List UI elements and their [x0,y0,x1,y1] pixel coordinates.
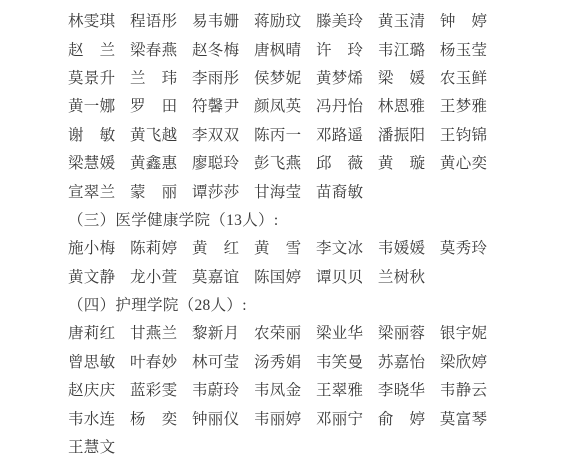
person-name: 邓丽宁 [316,407,363,429]
person-name: 韦笑曼 [316,350,363,372]
person-name: 颜凤英 [254,94,301,116]
person-name: 蒙 丽 [130,180,177,202]
person-name: 唐枫晴 [254,38,301,60]
person-name: 韦水连 [68,407,115,429]
person-name: 韦蔚玲 [192,378,239,400]
person-name: 陈莉婷 [130,236,177,258]
person-name: 甘海莹 [254,180,301,202]
person-name: 潘振阳 [378,123,425,145]
person-name: 林雯琪 [68,9,115,31]
name-row: 韦水连杨 奕钟丽仪韦丽婷邓丽宁俞 婷莫富琴 [68,403,583,431]
person-name: 曾思敏 [68,350,115,372]
person-name: 廖聪玲 [192,151,239,173]
person-name: 黎新月 [192,321,239,343]
name-row: 赵庆庆蓝彩雯韦蔚玲韦凤金王翠雅李晓华韦静云 [68,375,583,403]
document-body: 林雯琪程语彤易韦姗蒋励玟滕美玲黄玉清钟 婷赵 兰梁春燕赵冬梅唐枫晴许 玲韦江璐杨… [68,6,583,456]
person-name: 兰 玮 [130,66,177,88]
person-name: 滕美玲 [316,9,363,31]
person-name: 梁丽蓉 [378,321,425,343]
person-name: 冯丹怡 [316,94,363,116]
person-name: 莫富琴 [440,407,487,429]
person-name: 符馨尹 [192,94,239,116]
person-name: 唐莉红 [68,321,115,343]
section-heading: （三）医学健康学院（13人）: [68,205,583,233]
person-name: 林恩雅 [378,94,425,116]
person-name: 黄鑫惠 [130,151,177,173]
person-name: 莫景升 [68,66,115,88]
person-name: 韦静云 [440,378,487,400]
person-name: 梁慧媛 [68,151,115,173]
person-name: 汤秀娟 [254,350,301,372]
person-name: 梁 媛 [378,66,425,88]
person-name: 李雨彤 [192,66,239,88]
name-row: 施小梅陈莉婷黄 红黄 雪李文冰韦媛媛莫秀玲 [68,233,583,261]
person-name: 龙小萱 [130,265,177,287]
name-row: 黄文静龙小萱莫嘉谊陈国婷谭贝贝兰树秋 [68,262,583,290]
person-name: 杨玉莹 [440,38,487,60]
person-name: 梁春燕 [130,38,177,60]
name-row: 王慧文 [68,432,583,456]
person-name: 黄飞越 [130,123,177,145]
person-name: 韦丽婷 [254,407,301,429]
name-row: 曾思敏叶春妙林可莹汤秀娟韦笑曼苏嘉怡梁欣婷 [68,347,583,375]
person-name: 农荣丽 [254,321,301,343]
person-name: 许 玲 [316,38,363,60]
person-name: 蓝彩雯 [130,378,177,400]
person-name: 莫嘉谊 [192,265,239,287]
person-name: 银宇妮 [440,321,487,343]
person-name: 赵 兰 [68,38,115,60]
person-name: 韦凤金 [254,378,301,400]
person-name: 黄一娜 [68,94,115,116]
person-name: 王慧文 [68,435,115,456]
person-name: 罗 田 [130,94,177,116]
person-name: 黄 雪 [254,236,301,258]
person-name: 兰树秋 [378,265,425,287]
name-row: 梁慧媛黄鑫惠廖聪玲彭飞燕邱 薇黄 璇黄心奕 [68,148,583,176]
person-name: 黄 红 [192,236,239,258]
person-name: 钟 婷 [440,9,487,31]
person-name: 邱 薇 [316,151,363,173]
person-name: 苗裔敏 [316,180,363,202]
person-name: 黄梦烯 [316,66,363,88]
name-row: 黄一娜罗 田符馨尹颜凤英冯丹怡林恩雅王梦雅 [68,91,583,119]
person-name: 梁业华 [316,321,363,343]
name-row: 宣翠兰蒙 丽谭莎莎甘海莹苗裔敏 [68,176,583,204]
name-row: 莫景升兰 玮李雨彤侯梦妮黄梦烯梁 媛农玉鲜 [68,63,583,91]
person-name: 王梦雅 [440,94,487,116]
person-name: 叶春妙 [130,350,177,372]
person-name: 陈丙一 [254,123,301,145]
person-name: 林可莹 [192,350,239,372]
person-name: 甘燕兰 [130,321,177,343]
person-name: 侯梦妮 [254,66,301,88]
person-name: 杨 奕 [130,407,177,429]
person-name: 梁欣婷 [440,350,487,372]
name-row: 唐莉红甘燕兰黎新月农荣丽梁业华梁丽蓉银宇妮 [68,318,583,346]
person-name: 谭贝贝 [316,265,363,287]
person-name: 俞 婷 [378,407,425,429]
person-name: 施小梅 [68,236,115,258]
person-name: 谭莎莎 [192,180,239,202]
person-name: 谢 敏 [68,123,115,145]
person-name: 赵庆庆 [68,378,115,400]
person-name: 钟丽仪 [192,407,239,429]
person-name: 彭飞燕 [254,151,301,173]
person-name: 韦媛媛 [378,236,425,258]
name-row: 林雯琪程语彤易韦姗蒋励玟滕美玲黄玉清钟 婷 [68,6,583,34]
person-name: 黄心奕 [440,151,487,173]
name-row: 赵 兰梁春燕赵冬梅唐枫晴许 玲韦江璐杨玉莹 [68,34,583,62]
person-name: 韦江璐 [378,38,425,60]
person-name: 蒋励玟 [254,9,301,31]
person-name: 黄玉清 [378,9,425,31]
person-name: 赵冬梅 [192,38,239,60]
person-name: 李文冰 [316,236,363,258]
person-name: 陈国婷 [254,265,301,287]
person-name: 宣翠兰 [68,180,115,202]
person-name: 王钧锦 [440,123,487,145]
person-name: 邓路遥 [316,123,363,145]
person-name: 农玉鲜 [440,66,487,88]
person-name: 黄文静 [68,265,115,287]
person-name: 莫秀玲 [440,236,487,258]
name-row: 谢 敏黄飞越李双双陈丙一邓路遥潘振阳王钧锦 [68,120,583,148]
person-name: 易韦姗 [192,9,239,31]
person-name: 李双双 [192,123,239,145]
person-name: 李晓华 [378,378,425,400]
person-name: 王翠雅 [316,378,363,400]
person-name: 苏嘉怡 [378,350,425,372]
section-heading: （四）护理学院（28人）: [68,290,583,318]
document-page: 林雯琪程语彤易韦姗蒋励玟滕美玲黄玉清钟 婷赵 兰梁春燕赵冬梅唐枫晴许 玲韦江璐杨… [0,0,583,456]
person-name: 黄 璇 [378,151,425,173]
person-name: 程语彤 [130,9,177,31]
